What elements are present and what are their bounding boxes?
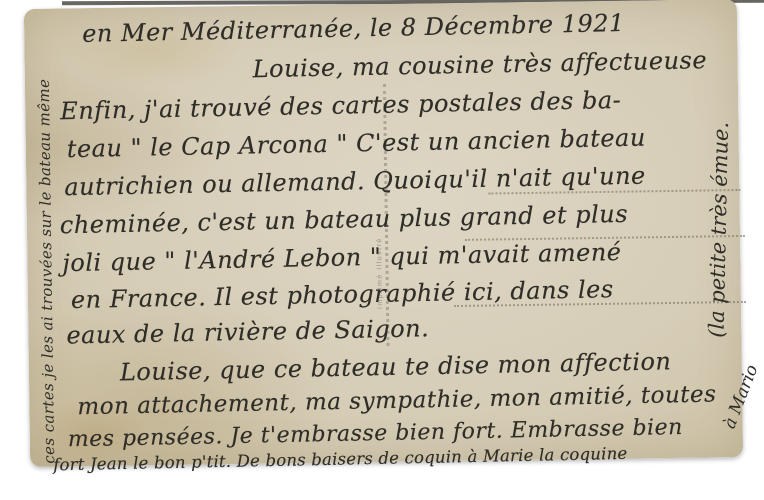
message-line: Louise, que ce bateau te dise mon affect…: [120, 347, 672, 386]
corner-note: à Mario: [720, 362, 763, 432]
message-line: en France. Il est photographié ici, dans…: [71, 275, 614, 314]
scanned-postcard-image: Imprimé Illustré en Mer Méditerranée, le…: [0, 0, 764, 500]
message-line: mon attachement, ma sympathie, mon amiti…: [77, 381, 717, 420]
right-margin-note: (la petite très émue.: [704, 122, 733, 338]
postcard: Imprimé Illustré en Mer Méditerranée, le…: [24, 0, 743, 467]
date-line: en Mer Méditerranée, le 8 Décembre 1921: [82, 9, 625, 48]
message-line: eaux de la rivière de Saigon.: [66, 314, 429, 349]
left-margin-note: ces cartes je les ai trouvées sur le bat…: [35, 78, 58, 463]
message-line: cheminée, c'est un bateau plus grand et …: [60, 200, 629, 239]
message-line: joli que " l'André Lebon " qui m'avait a…: [62, 238, 622, 277]
message-line: Enfin, j'ai trouvé des cartes postales d…: [60, 86, 621, 125]
message-line: autrichien ou allemand. Quoiqu'il n'ait …: [64, 162, 646, 202]
message-line: teau " le Cap Arcona " C'est un ancien b…: [67, 124, 647, 164]
salutation-line: Louise, ma cousine très affectueuse: [252, 46, 707, 83]
